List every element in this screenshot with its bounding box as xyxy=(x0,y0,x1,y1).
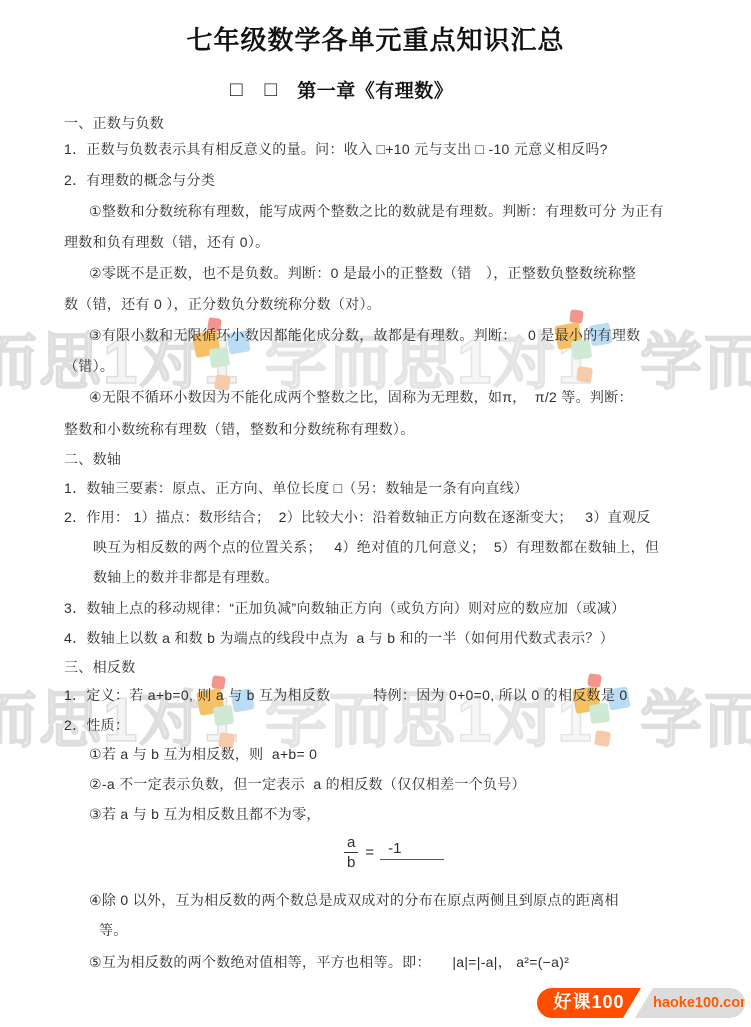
chapter-title: 第一章《有理数》 xyxy=(297,76,453,103)
text-line: 1．定义：若 a+b=0, 则 a 与 b 互为相反数 特例：因为 0+0=0,… xyxy=(64,680,627,711)
text-line: ②零既不是正数，也不是负数。判断：0 是最小的正整数（错 ），正整数负整数统称整 xyxy=(89,258,636,289)
text-line: ③有限小数和无限循环小数因都能化成分数，故都是有理数。判断： 0 是最小的有理数 xyxy=(89,320,640,351)
text-line: 映互为相反数的两个点的位置关系； 4）绝对值的几何意义； 5）有理数都在数轴上，… xyxy=(93,532,659,563)
text-line: 三、相反数 xyxy=(64,652,136,683)
page-title: 七年级数学各单元重点知识汇总 xyxy=(0,20,751,57)
text-line: ④除 0 以外，互为相反数的两个数总是成双成对的分布在原点两侧且到原点的距离相 xyxy=(89,885,619,916)
document-content: 七年级数学各单元重点知识汇总 □ □ 第一章《有理数》 一、正数与负数1．正数与… xyxy=(0,0,751,1027)
text-line: 2．有理数的概念与分类 xyxy=(64,165,215,196)
text-line: ⑤互为相反数的两个数绝对值相等，平方也相等。即： |a|=|-a|， a²=(−… xyxy=(89,947,569,978)
text-line: 二、数轴 xyxy=(64,444,121,475)
brand-label: 好课100 xyxy=(537,988,641,1018)
text-line: 2．作用： 1）描点：数形结合； 2）比较大小：沿着数轴正方向数在逐渐变大； 3… xyxy=(64,502,651,533)
text-line: 等。 xyxy=(99,915,128,946)
text-line: 数轴上的数并非都是有理数。 xyxy=(93,562,279,593)
fraction-numerator: a xyxy=(344,833,358,852)
text-line: 3．数轴上点的移动规律：“正加负减”向数轴正方向（或负方向）则对应的数应加（或减… xyxy=(64,593,625,624)
text-line: ④无限不循环小数因为不能化成两个整数之比，固称为无理数，如π， π/2 等。判断… xyxy=(89,382,633,413)
text-line: ②-a 不一定表示负数，但一定表示 a 的相反数（仅仅相差一个负号） xyxy=(89,769,526,800)
text-line: 2．性质： xyxy=(64,710,129,741)
text-line: （错）。 xyxy=(64,351,114,382)
text-line: 整数和小数统称有理数（错，整数和分数统称有理数）。 xyxy=(64,414,415,445)
fraction-denominator: b xyxy=(344,852,358,872)
fraction-formula: a b = -1 xyxy=(344,833,444,872)
fraction: a b xyxy=(344,833,358,872)
text-line: 数（错，还有 0 ），正分数负分数统称分数（对）。 xyxy=(64,289,381,320)
chapter-heading: □ □ 第一章《有理数》 xyxy=(230,76,453,103)
text-line: ③若 a 与 b 互为相反数且都不为零， xyxy=(89,799,321,830)
text-line: 1．正数与负数表示具有相反意义的量。问：收入 □+10 元与支出 □ -10 元… xyxy=(64,134,608,165)
answer-blank: -1 xyxy=(380,839,444,860)
text-line: 4．数轴上以数 a 和数 b 为端点的线段中点为 a 与 b 和的一半（如何用代… xyxy=(64,623,614,654)
text-line: ①整数和分数统称有理数，能写成两个整数之比的数就是有理数。判断：有理数可分 为正… xyxy=(89,196,664,227)
document-page: 而思1对1 学而思1对1 学而 而思1对1 学而思1对1 学而 七年级数学各单元… xyxy=(0,0,751,1027)
domain-label: haoke100.com xyxy=(653,988,741,1018)
text-line: 理数和负有理数（错，还有 0）。 xyxy=(64,227,269,258)
haoke100-badge: 好课100 haoke100.com xyxy=(537,988,745,1018)
text-line: ①若 a 与 b 互为相反数，则 a+b= 0 xyxy=(89,739,317,770)
text-line: 1．数轴三要素：原点、正方向、单位长度 □（另：数轴是一条有向直线） xyxy=(64,473,528,504)
equals-sign: = xyxy=(365,844,374,861)
missing-glyph-boxes: □ □ xyxy=(230,78,285,102)
